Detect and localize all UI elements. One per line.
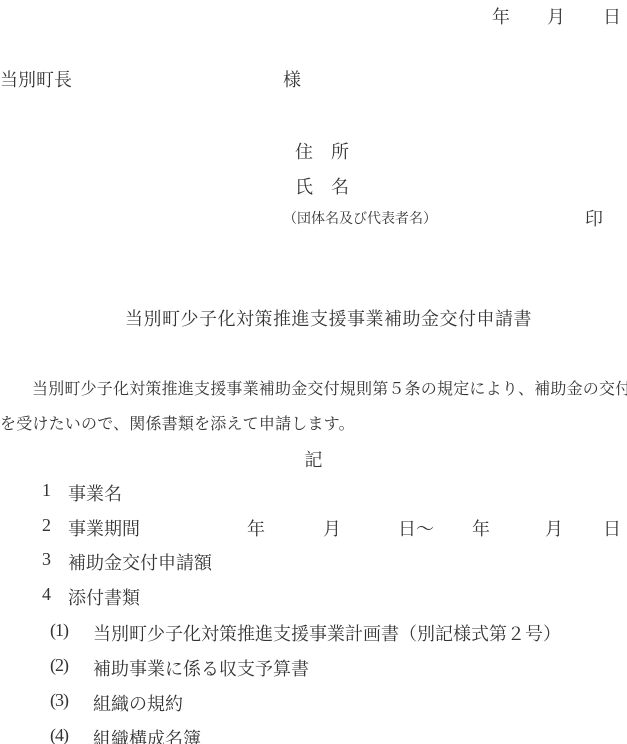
attachment-label: 組織構成名簿 <box>93 725 201 744</box>
period-start-year-label: 年 <box>247 515 265 541</box>
period-end-day-label: 日 <box>603 515 621 541</box>
attachment-number: (3) <box>50 690 68 711</box>
attachment-label: 当別町少子化対策推進支援事業計画書（別記様式第２号） <box>93 620 561 646</box>
applicant-name-label: 氏 名 <box>295 173 349 199</box>
body-paragraph-line1: 当別町少子化対策推進支援事業補助金交付規則第５条の規定により、補助金の交付 <box>0 376 627 399</box>
attachment-number: (1) <box>50 620 68 641</box>
list-item-4: 4 添付書類 <box>0 584 627 608</box>
list-item-number: 3 <box>42 549 51 570</box>
list-item-label: 事業期間 <box>68 515 140 541</box>
date-day-label: 日 <box>603 3 621 29</box>
attachment-item-1: (1) 当別町少子化対策推進支援事業計画書（別記様式第２号） <box>0 620 627 644</box>
date-line: 年 月 日 <box>0 3 627 25</box>
period-start-month-label: 月 <box>323 515 341 541</box>
body-paragraph-line2: を受けたいので、関係書類を添えて申請します。 <box>0 411 627 434</box>
ki-heading: 記 <box>0 446 627 472</box>
application-form-page: 年 月 日 当別町長 様 住 所 氏 名 （団体名及び代表者名） 印 当別町少子… <box>0 0 627 744</box>
list-item-1: 1 事業名 <box>0 480 627 504</box>
list-item-number: 4 <box>42 584 51 605</box>
attachment-label: 組織の規約 <box>93 690 183 716</box>
attachment-item-3: (3) 組織の規約 <box>0 690 627 714</box>
list-item-label: 事業名 <box>68 480 122 506</box>
addressee-honorific: 様 <box>283 66 301 92</box>
attachment-item-4: (4) 組織構成名簿 <box>0 725 627 744</box>
addressee-name: 当別町長 <box>0 66 72 92</box>
attachment-label: 補助事業に係る収支予算書 <box>93 655 309 681</box>
applicant-org-note: （団体名及び代表者名） <box>283 208 437 228</box>
date-year-label: 年 <box>492 3 510 29</box>
attachment-item-2: (2) 補助事業に係る収支予算書 <box>0 655 627 679</box>
period-start-day-label: 日～ <box>398 515 434 541</box>
seal-mark: 印 <box>585 205 603 231</box>
list-item-number: 1 <box>42 480 51 501</box>
document-title: 当別町少子化対策推進支援事業補助金交付申請書 <box>15 305 627 331</box>
period-end-year-label: 年 <box>472 515 490 541</box>
period-end-month-label: 月 <box>545 515 563 541</box>
list-item-label: 添付書類 <box>68 584 140 610</box>
list-item-number: 2 <box>42 515 51 536</box>
attachment-number: (2) <box>50 655 68 676</box>
list-item-label: 補助金交付申請額 <box>68 549 212 575</box>
date-month-label: 月 <box>547 3 565 29</box>
list-item-3: 3 補助金交付申請額 <box>0 549 627 573</box>
list-item-2: 2 事業期間 年 月 日～ 年 月 日 <box>0 515 627 539</box>
attachment-number: (4) <box>50 725 68 744</box>
applicant-address-label: 住 所 <box>295 138 349 164</box>
addressee-line: 当別町長 様 <box>0 66 627 90</box>
